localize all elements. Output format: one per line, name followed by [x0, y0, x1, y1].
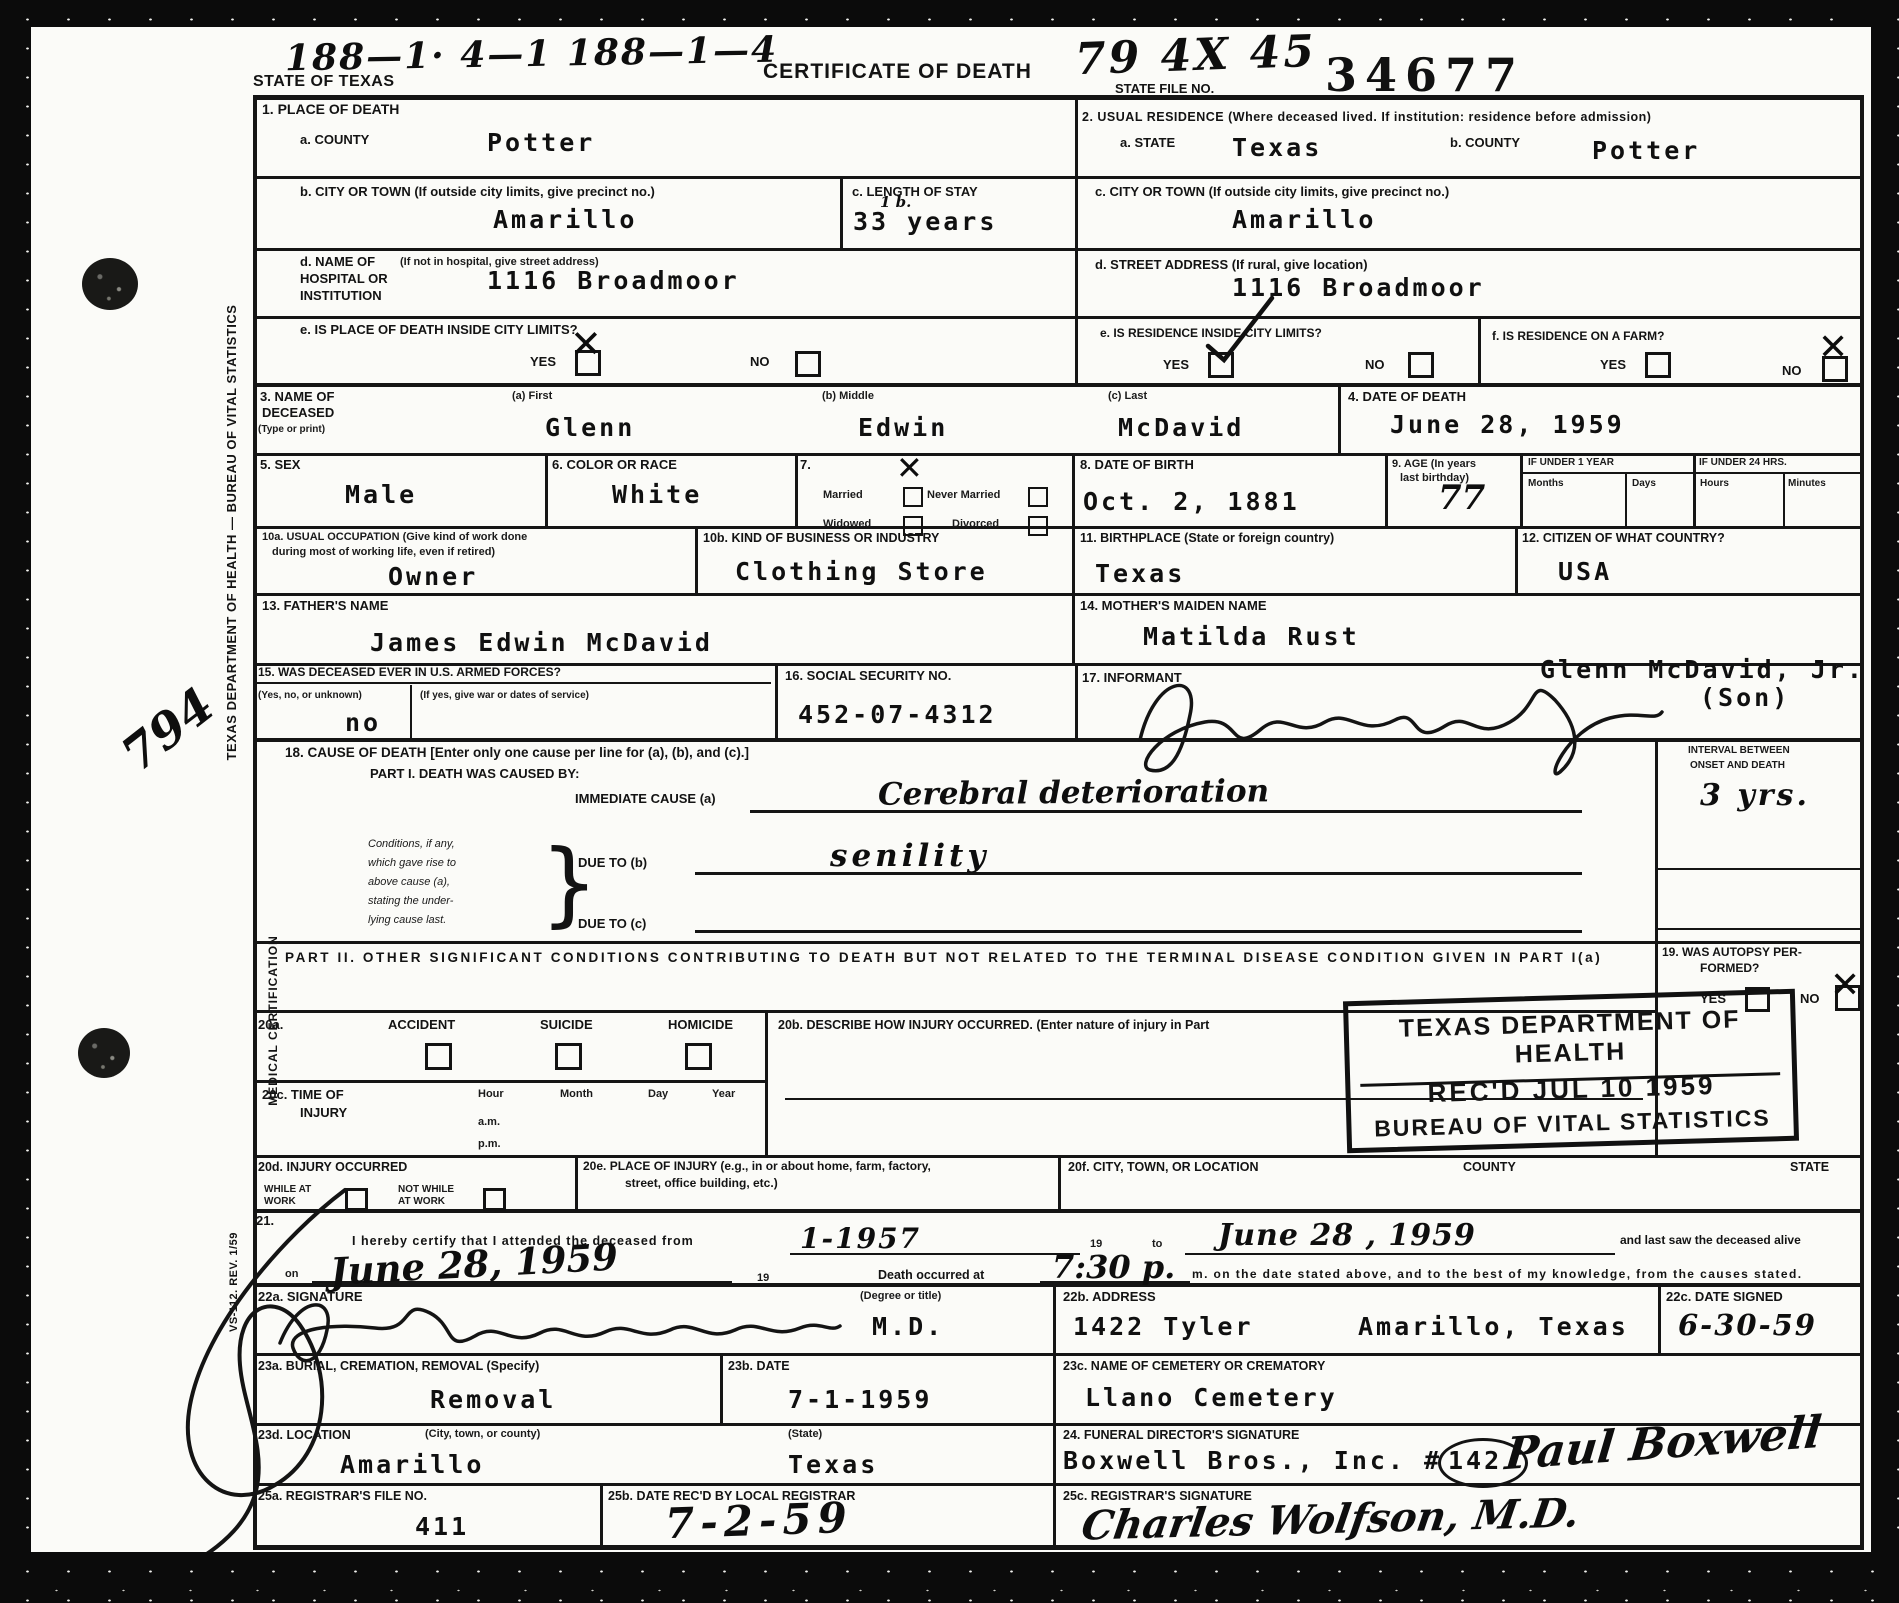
field22a-degree-value: M.D.: [872, 1312, 944, 1341]
field1-county-value: Potter: [487, 128, 595, 157]
field1-limits-yes-label: YES: [530, 355, 556, 370]
field18-conditions-note-2: which gave rise to: [368, 857, 456, 870]
field8-label: 8. DATE OF BIRTH: [1080, 458, 1194, 473]
field2-state-label: a. STATE: [1120, 136, 1175, 151]
hole-punch-top: [82, 258, 138, 310]
field23c-value: Llano Cemetery: [1085, 1383, 1338, 1412]
field1-stay-value: 33 years: [853, 207, 997, 236]
field3-title3: (Type or print): [258, 424, 325, 436]
field18-interval-value: 3 yrs.: [1700, 778, 1810, 813]
field1-hospital-label2: HOSPITAL OR: [300, 272, 388, 287]
field20a-suicide-label: SUICIDE: [540, 1018, 593, 1033]
field19-label2: FORMED?: [1700, 962, 1759, 976]
field20c-day-label: Day: [648, 1088, 668, 1101]
field22c-date-label: 22c. DATE SIGNED: [1666, 1290, 1783, 1305]
field18-immediate-label: IMMEDIATE CAUSE (a): [575, 792, 716, 807]
field1-city-label: b. CITY OR TOWN (If outside city limits,…: [300, 185, 655, 200]
field9-label1: 9. AGE (In years: [1392, 458, 1476, 471]
field13-label: 13. FATHER'S NAME: [262, 599, 388, 614]
field22c-date-value: 6-30-59: [1678, 1308, 1817, 1342]
field1-hospital-label: d. NAME OF: [300, 255, 375, 270]
death-certificate-scan: TEXAS DEPARTMENT OF HEALTH — BUREAU OF V…: [0, 0, 1899, 1603]
field20a-homicide-label: HOMICIDE: [668, 1018, 733, 1033]
field2-limits-no-checkbox: [1408, 352, 1434, 378]
field8-value: Oct. 2, 1881: [1083, 487, 1300, 516]
field2-limits-no-label: NO: [1365, 358, 1385, 373]
field21-to-value: June 28 , 1959: [1218, 1218, 1476, 1253]
scan-edge-right: [1871, 0, 1899, 1603]
field20c-label2: INJURY: [300, 1106, 347, 1121]
field20c-year-label: Year: [712, 1088, 735, 1101]
field25b-value: 7-2-59: [664, 1493, 853, 1549]
margin-handwritten-number: 794: [111, 677, 224, 783]
field18-part1-label: PART I. DEATH WAS CAUSED BY:: [370, 767, 579, 782]
field22b-address-value1: 1422 Tyler: [1073, 1312, 1254, 1341]
field20a-suicide-checkbox: [555, 1043, 582, 1070]
field5-value: Male: [345, 480, 417, 509]
certifier-pen-flourish: [85, 1175, 515, 1595]
field14-value: Matilda Rust: [1143, 622, 1360, 651]
stamp-line1: TEXAS DEPARTMENT OF HEALTH: [1348, 1004, 1791, 1074]
field24-label: 24. FUNERAL DIRECTOR'S SIGNATURE: [1063, 1428, 1299, 1442]
field2-limits-yes-check-mark: [1190, 290, 1280, 370]
field11-label: 11. BIRTHPLACE (State or foreign country…: [1080, 531, 1334, 545]
field9-months-label: Months: [1528, 478, 1564, 490]
field7-married-checkbox: [903, 487, 923, 507]
field18-cause-b-value: senility: [830, 838, 989, 874]
field21-year-prefix-2: 19: [757, 1272, 769, 1285]
field15-note1: (Yes, no, or unknown): [258, 690, 362, 702]
field4-label: 4. DATE OF DEATH: [1348, 390, 1466, 405]
field20a-accident-checkbox: [425, 1043, 452, 1070]
field2-title: 2. USUAL RESIDENCE (Where deceased lived…: [1082, 110, 1651, 124]
field23c-label: 23c. NAME OF CEMETERY OR CREMATORY: [1063, 1359, 1325, 1373]
field23b-value: 7-1-1959: [788, 1385, 932, 1414]
field1-stay-label: c. LENGTH OF STAY: [852, 185, 978, 200]
field2-city-label: c. CITY OR TOWN (If outside city limits,…: [1095, 185, 1449, 200]
field3-title1: 3. NAME OF: [260, 390, 334, 405]
field7-divorced-checkbox: [1028, 516, 1048, 536]
field9-minutes-label: Minutes: [1788, 478, 1826, 490]
field22b-address-value2: Amarillo, Texas: [1358, 1312, 1629, 1341]
field9-age-value: 77: [1438, 478, 1485, 518]
field20c-am-label: a.m.: [478, 1116, 500, 1129]
field20b-label: 20b. DESCRIBE HOW INJURY OCCURRED. (Ente…: [778, 1018, 1209, 1032]
field9-days-label: Days: [1632, 478, 1656, 490]
field1-limits-label: e. IS PLACE OF DEATH INSIDE CITY LIMITS?: [300, 323, 578, 338]
field20e-label2: street, office building, etc.): [625, 1177, 778, 1191]
field10a-label2: during most of working life, even if ret…: [272, 546, 495, 559]
field23b-label: 23b. DATE: [728, 1359, 790, 1373]
header-state: STATE OF TEXAS: [253, 73, 395, 91]
field18-label: 18. CAUSE OF DEATH [Enter only one cause…: [285, 745, 749, 761]
field15-label: 15. WAS DECEASED EVER IN U.S. ARMED FORC…: [258, 666, 561, 680]
field23d-state-value: Texas: [788, 1450, 878, 1479]
field17-informant-signature: [1110, 660, 1670, 780]
field2-farm-no-x-mark: ✕: [1818, 330, 1848, 366]
field7-married-x-mark: ✕: [896, 452, 923, 484]
field5-label: 5. SEX: [260, 458, 300, 473]
field20d-label: 20d. INJURY OCCURRED: [258, 1160, 407, 1174]
field21-death-occurred-text: Death occurred at: [878, 1268, 984, 1282]
field1-city-value: Amarillo: [493, 205, 637, 234]
field19-no-label: NO: [1800, 992, 1820, 1007]
field7-label: 7.: [800, 458, 811, 473]
field7-divorced-label: Divorced: [952, 518, 999, 531]
part2-label: PART II. OTHER SIGNIFICANT CONDITIONS CO…: [285, 950, 1602, 966]
field1-county-label: a. COUNTY: [300, 133, 369, 148]
field16-value: 452-07-4312: [798, 700, 997, 729]
field24-funeral-director-signature: Paul Boxwell: [1503, 1407, 1824, 1481]
field16-label: 16. SOCIAL SECURITY NO.: [785, 669, 951, 684]
header-title: CERTIFICATE OF DEATH: [763, 60, 1032, 84]
field13-value: James Edwin McDavid: [370, 628, 713, 657]
field9-under24-label: IF UNDER 24 HRS.: [1699, 457, 1787, 469]
field12-value: USA: [1558, 557, 1612, 586]
header-state-file-number: 34677: [1325, 48, 1525, 102]
field20f-label: 20f. CITY, TOWN, OR LOCATION: [1068, 1160, 1259, 1174]
stamp-line3: BUREAU OF VITAL STATISTICS: [1351, 1104, 1794, 1143]
field20c-pm-label: p.m.: [478, 1138, 501, 1151]
field9-under1-label: IF UNDER 1 YEAR: [1528, 457, 1614, 469]
field3-last-label: (c) Last: [1108, 390, 1147, 403]
field7-never-married-checkbox: [1028, 487, 1048, 507]
field18-due-c-label: DUE TO (c): [578, 917, 646, 932]
field12-label: 12. CITIZEN OF WHAT COUNTRY?: [1522, 531, 1725, 545]
field3-last-value: McDavid: [1118, 413, 1244, 442]
header-handwritten-file-no: 79 4X 45: [1074, 26, 1317, 85]
field21-tail-text: m. on the date stated above, and to the …: [1192, 1268, 1802, 1282]
field18-cause-a-value: Cerebral deterioration: [878, 773, 1269, 812]
field7-married-label: Married: [823, 489, 863, 502]
field2-farm-yes-label: YES: [1600, 358, 1626, 373]
field10b-label: 10b. KIND OF BUSINESS OR INDUSTRY: [703, 531, 939, 545]
field15-value: no: [345, 708, 381, 737]
scan-edge-left: [0, 0, 31, 1603]
field3-middle-label: (b) Middle: [822, 390, 874, 403]
field2-limits-yes-label: YES: [1163, 358, 1189, 373]
field3-title2: DECEASED: [262, 406, 334, 421]
field2-city-value: Amarillo: [1232, 205, 1376, 234]
field9-hours-label: Hours: [1700, 478, 1729, 490]
scan-edge-bottom: [0, 1552, 1899, 1603]
field20a-accident-label: ACCIDENT: [388, 1018, 455, 1033]
field18-conditions-note-5: lying cause last.: [368, 914, 446, 927]
scan-edge-top: [0, 0, 1899, 27]
field2-county-label: b. COUNTY: [1450, 136, 1520, 151]
field10a-label1: 10a. USUAL OCCUPATION (Give kind of work…: [262, 531, 527, 544]
field14-label: 14. MOTHER'S MAIDEN NAME: [1080, 599, 1267, 614]
field1-title: 1. PLACE OF DEATH: [262, 101, 399, 117]
hole-punch-bottom: [78, 1028, 130, 1078]
field7-never-married-label: Never Married: [927, 489, 1000, 502]
field24-typed-value: Boxwell Bros., Inc. #: [1063, 1446, 1442, 1475]
field2-farm-yes-checkbox: [1645, 352, 1671, 378]
field2-state-value: Texas: [1232, 133, 1322, 162]
field1-hospital-value: 1116 Broadmoor: [487, 266, 740, 295]
margin-vertical-agency: TEXAS DEPARTMENT OF HEALTH — BUREAU OF V…: [224, 270, 239, 795]
field6-value: White: [612, 480, 702, 509]
field20f-county-label: COUNTY: [1463, 1160, 1516, 1174]
field2-street-label: d. STREET ADDRESS (If rural, give locati…: [1095, 258, 1368, 273]
field20a-label: 20a.: [258, 1018, 283, 1033]
field17-typed-relation: (Son): [1700, 683, 1790, 712]
field1-limits-no-label: NO: [750, 355, 770, 370]
field20c-month-label: Month: [560, 1088, 593, 1101]
field22a-degree-label: (Degree or title): [860, 1290, 941, 1303]
header-handwritten-code: 188—1· 4—1 188—1—4: [285, 29, 779, 80]
field3-first-value: Glenn: [545, 413, 635, 442]
field20c-hour-label: Hour: [478, 1088, 504, 1101]
field22b-address-label: 22b. ADDRESS: [1063, 1290, 1156, 1305]
field18-conditions-note-1: Conditions, if any,: [368, 838, 455, 851]
field20f-state-label: STATE: [1790, 1160, 1829, 1174]
field19-label1: 19. WAS AUTOPSY PER-: [1662, 946, 1802, 960]
field10b-value: Clothing Store: [735, 557, 988, 586]
field3-middle-value: Edwin: [858, 413, 948, 442]
field4-value: June 28, 1959: [1390, 410, 1625, 439]
field18-due-b-label: DUE TO (b): [578, 856, 647, 871]
field20a-homicide-checkbox: [685, 1043, 712, 1070]
field6-label: 6. COLOR OR RACE: [552, 458, 677, 473]
field23d-note2: (State): [788, 1428, 822, 1441]
field7-widowed-label: Widowed: [823, 518, 871, 531]
field18-interval-label2: ONSET AND DEATH: [1690, 760, 1785, 772]
field18-conditions-note-4: stating the under-: [368, 895, 453, 908]
field2-farm-no-label: NO: [1782, 364, 1802, 379]
field10a-value: Owner: [388, 562, 478, 591]
field2-county-value: Potter: [1592, 136, 1700, 165]
field11-value: Texas: [1095, 559, 1185, 588]
field1-limits-yes-x-mark: ✕: [570, 325, 602, 363]
field18-interval-label1: INTERVAL BETWEEN: [1688, 745, 1790, 757]
field1-limits-no-checkbox: [795, 351, 821, 377]
field2-farm-label: f. IS RESIDENCE ON A FARM?: [1492, 330, 1664, 344]
field19-no-x-mark: ✕: [1830, 968, 1860, 1004]
field1-hospital-label3: INSTITUTION: [300, 289, 382, 304]
field20c-label1: 20c. TIME OF: [262, 1088, 344, 1103]
field21-from-value: 1-1957: [800, 1222, 921, 1255]
received-stamp: TEXAS DEPARTMENT OF HEALTH REC'D JUL 10 …: [1343, 989, 1799, 1154]
field20e-label1: 20e. PLACE OF INJURY (e.g., in or about …: [583, 1160, 931, 1174]
field21-alive-text: and last saw the deceased alive: [1620, 1234, 1801, 1248]
field15-note2: (If yes, give war or dates of service): [420, 690, 589, 702]
field21-time-value: 7:30 p.: [1052, 1248, 1175, 1286]
field3-first-label: (a) First: [512, 390, 552, 403]
field18-conditions-note-3: above cause (a),: [368, 876, 450, 889]
